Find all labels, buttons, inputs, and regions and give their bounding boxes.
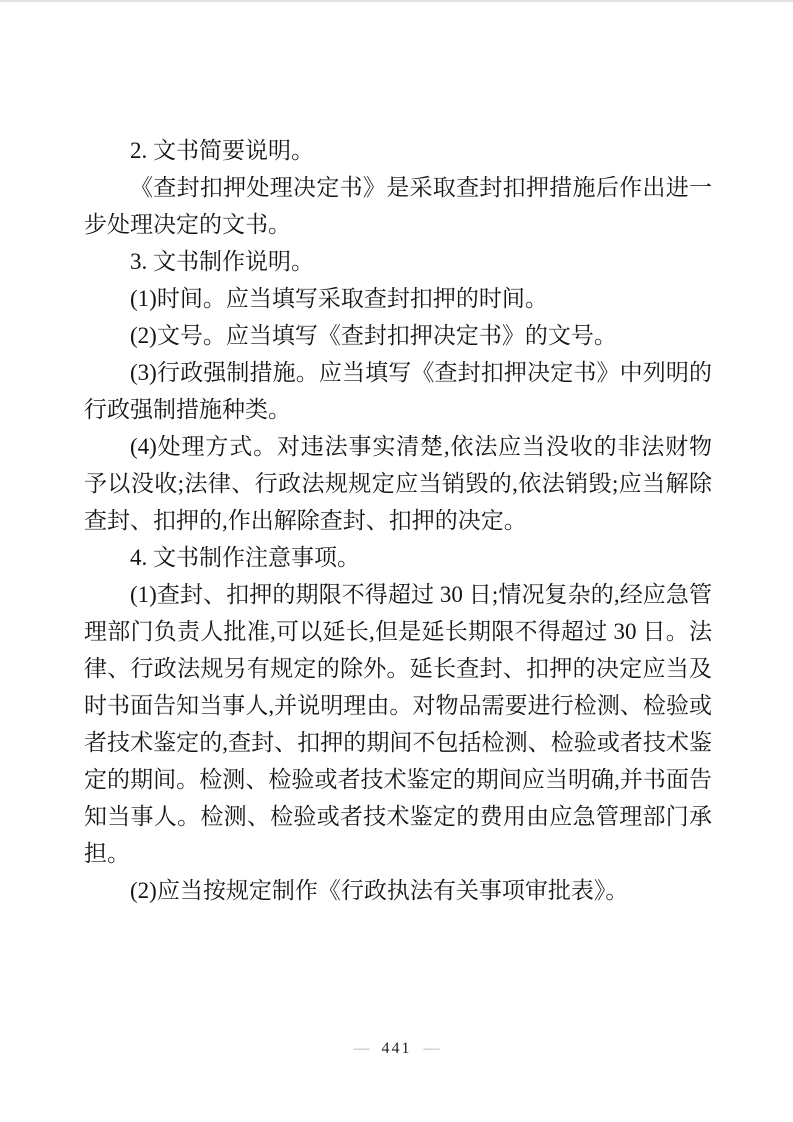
- page-footer: —441—: [0, 1037, 793, 1061]
- footer-dash-right: —: [424, 1040, 440, 1057]
- page-number: 441: [382, 1040, 412, 1057]
- paragraph-item-2-heading: 2. 文书简要说明。: [84, 132, 712, 169]
- footer-dash-left: —: [354, 1040, 370, 1057]
- paragraph-item-3-1: (1)时间。应当填写采取查封扣押的时间。: [84, 280, 712, 317]
- paragraph-item-3-heading: 3. 文书制作说明。: [84, 243, 712, 280]
- paragraph-item-3-3: (3)行政强制措施。应当填写《查封扣押决定书》中列明的行政强制措施种类。: [84, 354, 712, 428]
- paragraph-item-4-2: (2)应当按规定制作《行政执法有关事项审批表》。: [84, 872, 712, 909]
- paragraph-item-3-4: (4)处理方式。对违法事实清楚,依法应当没收的非法财物予以没收;法律、行政法规规…: [84, 428, 712, 539]
- paragraph-item-4-heading: 4. 文书制作注意事项。: [84, 539, 712, 576]
- paragraph-item-4-1: (1)查封、扣押的期限不得超过 30 日;情况复杂的,经应急管理部门负责人批准,…: [84, 576, 712, 872]
- document-body: 2. 文书简要说明。 《查封扣押处理决定书》是采取查封扣押措施后作出进一步处理决…: [84, 132, 712, 909]
- paragraph-description: 《查封扣押处理决定书》是采取查封扣押措施后作出进一步处理决定的文书。: [84, 169, 712, 243]
- paragraph-item-3-2: (2)文号。应当填写《查封扣押决定书》的文号。: [84, 317, 712, 354]
- document-page: 2. 文书简要说明。 《查封扣押处理决定书》是采取查封扣押措施后作出进一步处理决…: [0, 0, 793, 1122]
